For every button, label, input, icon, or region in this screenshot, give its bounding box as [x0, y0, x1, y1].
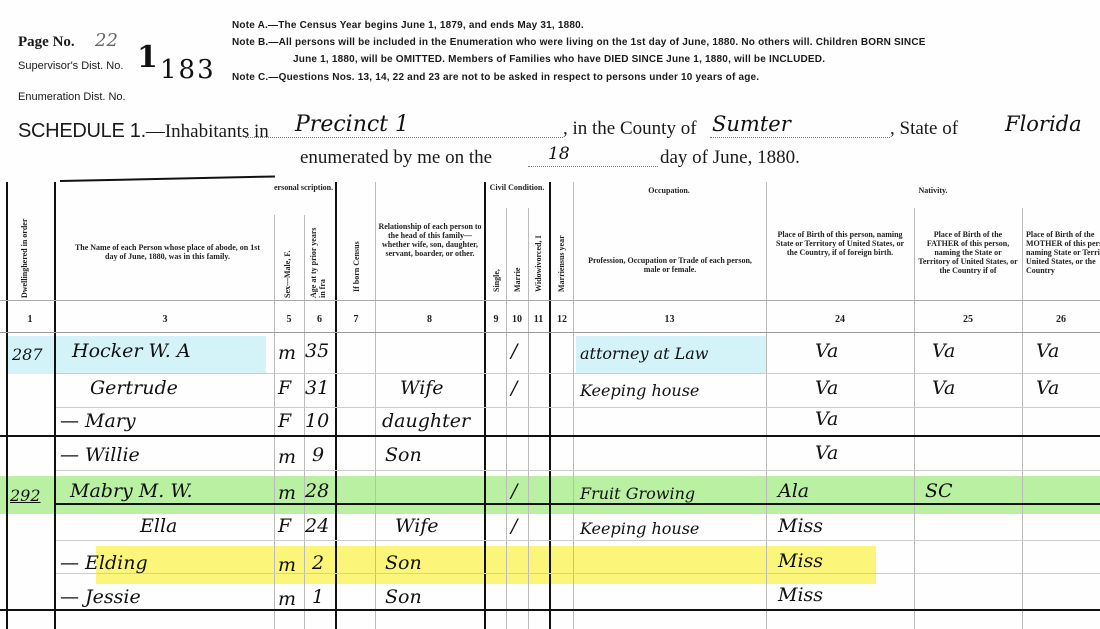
grid-line [0, 609, 1100, 611]
birth-place: Miss [778, 584, 823, 606]
enumeration-district-value: 183 [160, 55, 216, 85]
col7-header: If born Census [352, 241, 361, 292]
note-b: Note B.—All persons will be included in … [232, 37, 926, 48]
person-sex: F [278, 377, 291, 399]
col-number: 1 [6, 314, 54, 325]
col6-header: Age at ty prior years in fra [309, 223, 327, 298]
grid-line [528, 208, 529, 629]
person-sex: m [278, 342, 296, 364]
precinct-value: Precinct 1 [295, 112, 409, 137]
person-age: 35 [305, 340, 329, 362]
col-number: 11 [528, 314, 549, 325]
col-number: 6 [304, 314, 335, 325]
col-number: 5 [274, 314, 304, 325]
birth-place: Va [815, 340, 838, 362]
note-b-continued: June 1, 1880, will be OMITTED. Members o… [293, 54, 825, 65]
col-number: 26 [1022, 314, 1100, 325]
col-number: 3 [56, 314, 274, 325]
person-relationship: Wife [395, 515, 439, 537]
grid-line [573, 182, 574, 629]
person-name: Hocker W. A [72, 340, 191, 362]
grid-line [0, 300, 1100, 301]
col-number: 7 [337, 314, 375, 325]
enumerated-day-line [528, 166, 658, 167]
person-name: Ella [140, 515, 177, 537]
col1-header: Dwellinghered in order [20, 219, 29, 298]
person-occupation: Keeping house [580, 519, 699, 538]
person-age: 10 [305, 410, 329, 432]
col-number: 12 [551, 314, 573, 325]
enumerated-day-value: 18 [548, 144, 570, 164]
page-number-label: Page No. [18, 34, 75, 51]
person-name: Mabry M. W. [70, 480, 193, 502]
grid-line [60, 175, 275, 182]
col5-header: Sex—Male, F. [283, 251, 292, 298]
person-age: 1 [312, 586, 324, 608]
dwelling-number: 287 [12, 345, 43, 364]
grid-line [56, 503, 1100, 505]
grid-line [0, 435, 1100, 437]
state-value: Florida [1005, 112, 1082, 136]
person-sex: F [278, 515, 291, 537]
enumerated-tail: day of June, 1880. [660, 147, 800, 169]
married-mark: / [511, 480, 517, 502]
civil-condition-header: Civil Condition. [486, 183, 548, 192]
person-age: 24 [305, 515, 329, 537]
person-occupation: attorney at Law [580, 344, 709, 363]
county-label: , in the County of [563, 118, 697, 140]
grid-line [56, 373, 1100, 374]
person-name: — Willie [60, 444, 140, 466]
grid-line [54, 182, 56, 629]
col24-header: Place of Birth of this person, naming St… [770, 230, 910, 257]
person-occupation: Fruit Growing [580, 484, 695, 503]
col11-header: Widowivorced, I [534, 235, 543, 292]
col9-header: Single, [492, 269, 501, 292]
birth-place: Va [815, 377, 838, 399]
col25-header: Place of Birth of the FATHER of this per… [918, 230, 1018, 288]
occupation-header: Occupation. [574, 186, 764, 195]
schedule-label: SCHEDULE 1. [18, 120, 146, 142]
col-number: 24 [766, 314, 914, 325]
mother-birth-place: Va [1036, 377, 1059, 399]
col-number: 25 [914, 314, 1022, 325]
enumeration-district-label: Enumeration Dist. No. [18, 91, 126, 103]
supervisor-district-value: 1 [137, 40, 158, 75]
col10-header: Marrie [513, 268, 522, 292]
col12-header: Marriensus year [557, 235, 566, 292]
personal-description-header: ersonal scription. [274, 183, 334, 192]
grid-line [549, 182, 551, 629]
grid-line [766, 182, 767, 629]
person-relationship: Son [385, 586, 422, 608]
person-sex: F [278, 410, 291, 432]
note-a: Note A.—The Census Year begins June 1, 1… [232, 20, 584, 31]
married-mark: / [511, 340, 517, 362]
person-sex: m [278, 446, 296, 468]
col26-header: Place of Birth of the MOTHER of this per… [1026, 230, 1100, 288]
person-name: Gertrude [90, 377, 178, 399]
person-name: — Mary [60, 410, 136, 432]
father-birth-place: SC [925, 480, 953, 502]
schedule-title: SCHEDULE 1.—Inhabitants in [18, 120, 269, 143]
grid-line [0, 332, 1100, 333]
person-relationship: Son [385, 552, 422, 574]
col3-header: The Name of each Person whose place of a… [70, 243, 265, 261]
grid-line [335, 182, 337, 629]
person-age: 2 [312, 552, 324, 574]
precinct-line [245, 137, 563, 138]
birth-place: Miss [778, 550, 823, 572]
grid-line [484, 182, 486, 629]
person-sex: m [278, 588, 296, 610]
person-name: — Elding [60, 552, 148, 574]
col-number: 8 [375, 314, 484, 325]
grid-line [6, 182, 8, 629]
father-birth-place: Va [932, 377, 955, 399]
married-mark: / [511, 515, 517, 537]
col8-header: Relationship of each person to the head … [378, 222, 482, 258]
enumerated-label: enumerated by me on the [300, 147, 492, 169]
father-birth-place: Va [932, 340, 955, 362]
inhabitants-label: —Inhabitants in [146, 121, 269, 142]
mother-birth-place: Va [1036, 340, 1059, 362]
married-mark: / [511, 377, 517, 399]
supervisor-district-label: Supervisor's Dist. No. [18, 60, 123, 72]
grid-line [274, 215, 275, 629]
col-number: 13 [573, 314, 766, 325]
person-relationship: Wife [400, 377, 444, 399]
person-age: 31 [305, 377, 329, 399]
person-age: 9 [312, 444, 324, 466]
county-line [710, 137, 890, 138]
person-relationship: Son [385, 444, 422, 466]
grid-line [56, 470, 1100, 471]
person-occupation: Keeping house [580, 381, 699, 400]
nativity-header: Nativity. [766, 186, 1100, 195]
grid-line [375, 182, 376, 629]
grid-line [56, 573, 1100, 574]
birth-place: Va [815, 408, 838, 430]
grid-line [56, 540, 1100, 541]
person-sex: m [278, 482, 296, 504]
birth-place: Miss [778, 515, 823, 537]
dwelling-number: 292 [10, 486, 41, 505]
highlight-row-elding [96, 546, 876, 584]
birth-place: Va [815, 442, 838, 464]
grid-line [506, 208, 507, 629]
grid-line [914, 208, 915, 629]
page-number-value: 22 [95, 30, 118, 51]
birth-place: Ala [778, 480, 809, 502]
grid-line [56, 407, 1100, 408]
grid-line [1022, 208, 1023, 629]
person-name: — Jessie [60, 586, 141, 608]
col-number: 9 [486, 314, 506, 325]
col-number: 10 [506, 314, 528, 325]
person-relationship: daughter [382, 410, 470, 432]
person-age: 28 [305, 480, 329, 502]
person-sex: m [278, 554, 296, 576]
col13-header: Profession, Occupation or Trade of each … [585, 256, 755, 274]
state-label: , State of [890, 118, 958, 140]
note-c: Note C.—Questions Nos. 13, 14, 22 and 23… [232, 72, 759, 83]
county-value: Sumter [712, 112, 791, 136]
